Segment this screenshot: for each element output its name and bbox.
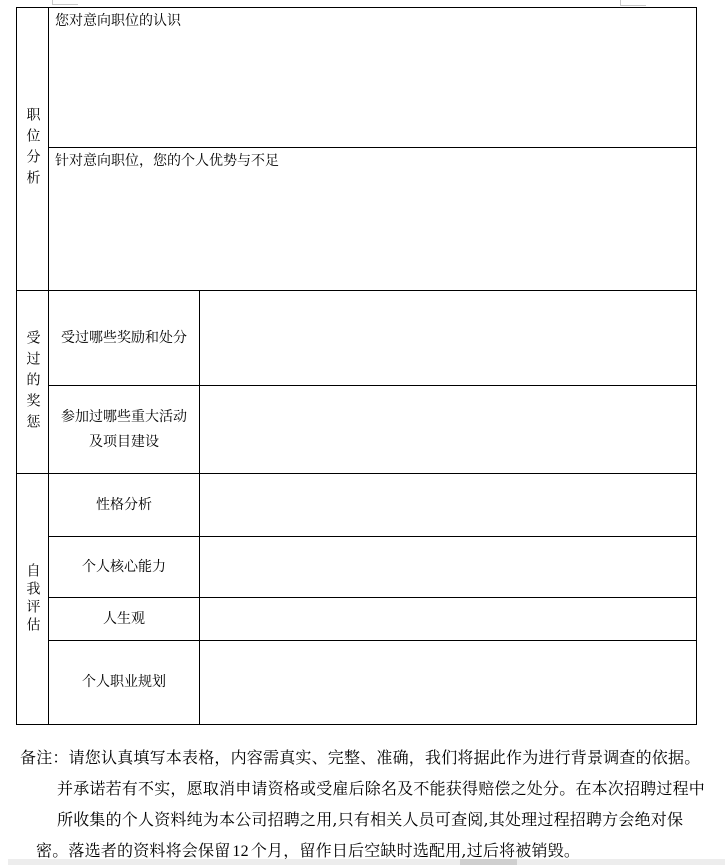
notes-line-3: 所收集的个人资料纯为本公司招聘之用,只有相关人员可查阅,其处理过程招聘方会绝对保: [57, 810, 683, 830]
prompt-major-activities: 参加过哪些重大活动及项目建设: [49, 386, 200, 473]
input-area-position-understanding[interactable]: 您对意向职位的认识: [49, 8, 696, 147]
prompt-rewards-received: 受过哪些奖励和处分: [49, 291, 200, 385]
document-page: 职位分析 您对意向职位的认识 针对意向职位，您的个人优势与不足 受过的奖惩: [0, 0, 725, 865]
input-area-personality-analysis[interactable]: [200, 474, 696, 536]
section-label-position-analysis: 职位分析: [17, 107, 49, 191]
prompt-personality-analysis: 性格分析: [49, 474, 200, 536]
notes-line-4-post: 个月，留作日后空缺时选配用,过后将被销毁。: [251, 841, 580, 860]
input-area-rewards-received[interactable]: [200, 291, 696, 385]
input-area-strengths-weaknesses[interactable]: 针对意向职位，您的个人优势与不足: [49, 148, 696, 290]
section-label-cell: 职位分析: [17, 8, 49, 290]
prompt-position-understanding: 您对意向职位的认识: [55, 13, 181, 29]
input-area-life-outlook[interactable]: [200, 598, 696, 640]
section-label-cell: 受过的奖惩: [17, 291, 49, 473]
input-area-core-abilities[interactable]: [200, 537, 696, 597]
page-margin-mark-right-horizontal: [620, 5, 646, 6]
input-area-career-planning[interactable]: [200, 641, 696, 724]
section-label-rewards-punishments: 受过的奖惩: [17, 330, 49, 435]
prompt-life-outlook: 人生观: [49, 598, 200, 640]
section-self-evaluation: 自我评估 性格分析 个人核心能力 人生观: [17, 473, 696, 724]
page-margin-mark-left-horizontal: [52, 4, 78, 5]
prompt-core-abilities: 个人核心能力: [49, 537, 200, 597]
horizontal-scrollbar-track[interactable]: [8, 859, 725, 865]
notes-line-2: 并承诺若有不实，愿取消申请资格或受雇后除名及不能获得赔偿之处分。在本次招聘过程中: [57, 779, 705, 799]
notes-retention-months: 12: [230, 843, 250, 860]
horizontal-scrollbar-thumb[interactable]: [460, 859, 517, 865]
section-label-cell: 自我评估: [17, 474, 49, 724]
section-rewards-punishments: 受过的奖惩 受过哪些奖励和处分 参加过哪些重大活动及项目建设: [17, 290, 696, 473]
section-label-self-evaluation: 自我评估: [17, 563, 49, 635]
section-position-analysis: 职位分析 您对意向职位的认识 针对意向职位，您的个人优势与不足: [17, 8, 696, 290]
input-area-major-activities[interactable]: [200, 386, 696, 473]
application-form-table: 职位分析 您对意向职位的认识 针对意向职位，您的个人优势与不足 受过的奖惩: [16, 7, 697, 725]
prompt-strengths-weaknesses: 针对意向职位，您的个人优势与不足: [55, 153, 279, 169]
prompt-career-planning: 个人职业规划: [49, 641, 200, 724]
notes-line-1: 备注：请您认真填写本表格，内容需真实、完整、准确，我们将据此作为进行背景调查的依…: [20, 748, 700, 768]
notes-line-4-pre: 密。落选者的资料将会保留: [36, 841, 230, 860]
